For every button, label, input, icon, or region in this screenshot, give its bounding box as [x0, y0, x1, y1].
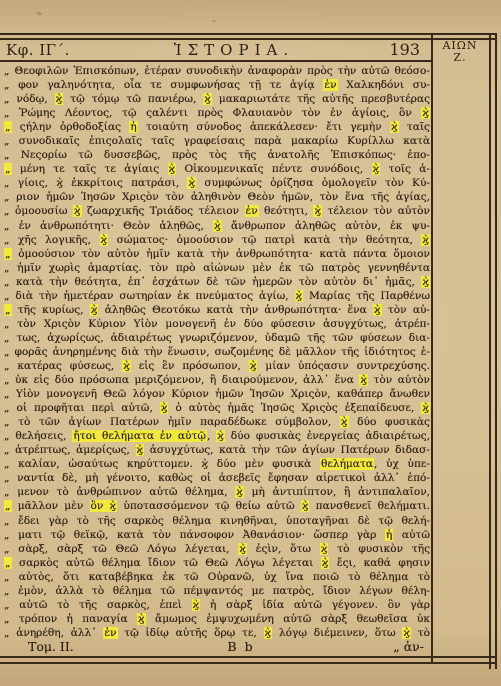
- text-line: „ νόδῳ, ϗ̀ τῷ τόμῳ τῶ πανιέρω, ϗ̀ μακαρι…: [4, 92, 430, 106]
- signature-mark: B b: [178, 639, 304, 654]
- highlight: ϗ̀: [340, 416, 349, 428]
- text-line: „ ἐν ἀνθρωπότητι· Θεὸν ἀληθῶς, ϗ̀ ἄνθρωπ…: [4, 219, 430, 233]
- highlight: ϗ̀: [122, 360, 131, 372]
- highlight: ϗ̀: [320, 543, 329, 555]
- highlight: ϗ̀: [301, 500, 310, 512]
- highlight: ἐν: [245, 205, 259, 217]
- highlight: ϗ̀: [136, 444, 145, 456]
- text-line: „ φον γαληνότητα, οἷα τε συμφωνήσας τῇ τ…: [4, 78, 430, 92]
- text-line: „ Ῥώμης Λέοντος, τῷ ςαλέντι πρὸς Φλαυιαν…: [4, 106, 430, 120]
- highlight: ϗ̀: [373, 304, 382, 316]
- header-underline: [0, 60, 432, 62]
- highlight: ϗ̀: [372, 163, 381, 175]
- highlight: ϗ̀: [187, 177, 196, 189]
- highlight: ϗ̀: [73, 205, 82, 217]
- highlight: ϗ̀: [390, 121, 399, 133]
- text-line: „ χῆς λογικῆς, ϗ̀ σώματος· ὁμοούσιον τῷ …: [4, 233, 430, 247]
- text-line: „ κατέρας φύσεως, ϗ̀ εἰς ἓν πρόσωπον, ϗ̀…: [4, 359, 430, 373]
- text-line: „ τως, ἀχωρίςως, ἀδιαιρέτως γνωριζόμενον…: [4, 331, 430, 345]
- text-line: „ τῆς κυρίως, ϗ̀ ἀληθῶς Θεοτόκω κατὰ τὴν…: [4, 303, 430, 317]
- page-title: ἹΣΤΟΡΙΑ.: [126, 41, 342, 59]
- highlight: ϗ̀: [192, 599, 201, 611]
- highlight: ϗ̀: [402, 627, 411, 639]
- highlight: ϗ̀: [90, 304, 99, 316]
- highlight: ϗ̀: [160, 402, 169, 414]
- text-line: „ αὐτὸς, ὅτι καταβέβηκα ἐκ τῶ Οὐρανῶ, ὐχ…: [4, 570, 430, 584]
- highlight: „: [4, 163, 12, 175]
- highlight: ϗ̀: [421, 107, 430, 119]
- volume-label: Τομ. II.: [4, 639, 178, 654]
- page-header: Κφ. ΙΓ΄. ἹΣΤΟΡΙΑ. 193: [0, 39, 432, 60]
- highlight: „: [4, 500, 12, 512]
- text-line: „ διὰ τὴν ἡμετέραν σωτηρίαν ἐκ πνεύματος…: [4, 289, 430, 303]
- text-line: „ Υἱὸν μονογενῆ Θεῶ λόγον Κύριον ἡμῶν Ἰη…: [4, 387, 430, 401]
- highlight: ϗ̀: [137, 613, 146, 625]
- text-line: „ σὰρξ, σὰρξ τῶ Θεῶ Λόγω λέγεται, ϗ̀ ἐςὶ…: [4, 542, 430, 556]
- highlight: ἐν: [103, 627, 117, 639]
- highlight: ϗ̀: [421, 402, 430, 414]
- highlight: ἡ: [129, 121, 137, 133]
- bottom-rule-outer: [0, 662, 497, 664]
- highlight: ϗ̀: [216, 430, 225, 442]
- highlight: ϗ̀: [359, 374, 368, 386]
- catchword: „ ἀν-: [304, 639, 430, 654]
- highlight: ἐν: [323, 79, 337, 91]
- text-line: „ σαρκὸς αὐτῶ θέλημα ἴδιον τῶ Θεῶ Λόγω λ…: [4, 556, 430, 570]
- text-line: „ ἡμῖν χωρὶς ἁμαρτίας. τὸν πρὸ αἰώνων μὲ…: [4, 261, 430, 275]
- text-line: „ οἱ προφῆται περὶ αὐτῶ, ϗ̀ ὁ αὐτὸς ἡμᾶς…: [4, 401, 430, 415]
- page-footer: Τομ. II. B b „ ἀν-: [4, 639, 430, 654]
- highlight: ϗ̀: [313, 205, 322, 217]
- highlight: ϗ̀: [249, 360, 258, 372]
- text-line: „ γίοις, ϗ̀ ἐκκρίτοις πατράσι, ϗ̀ συμφών…: [4, 176, 430, 190]
- text-line: „ κατὰ τὴν θεότητα, ἐπ᾽ ἐσχάτων δὲ τῶν ἡ…: [4, 275, 430, 289]
- text-line: „ μενον τὸ ἀνθρώπινον αὐτῶ θέλημα, ϗ̀ μὴ…: [4, 485, 430, 499]
- text-line: „ μένη τε ταῖς τε ἁγίαις ϗ̀ Οἰκουμενικαῖ…: [4, 162, 430, 176]
- highlight: ϗ̀: [238, 543, 247, 555]
- highlight: ϗ̀: [264, 627, 273, 639]
- text-line: „ ὐκ εἰς δύο πρόσωπα μεριζόμενον, ἢ διαι…: [4, 373, 430, 387]
- text-line: „ συνοδικαῖς ἐπιςολαῖς ταῖς γραφείσαις π…: [4, 134, 430, 148]
- highlight: „: [4, 304, 12, 316]
- era-numeral: Ζ.: [433, 52, 487, 64]
- highlight: ϗ̀: [295, 290, 304, 302]
- highlight: „: [4, 248, 12, 260]
- text-line: „ ὁμοουσίω ϗ̀ ζωαρχικῆς Τριάδος τέλειον …: [4, 204, 430, 218]
- text-line: „ ἔδει γὰρ τὸ τῆς σαρκὸς θέλημα κινηθῆνα…: [4, 514, 430, 528]
- text-line: „ ςήλην ὀρθοδοξίας ἡ τοιαύτη σύνοδος ἀπε…: [4, 120, 430, 134]
- highlight: ἡ: [385, 529, 393, 541]
- chapter-label: Κφ. ΙΓ΄.: [0, 41, 126, 59]
- text-line: „ ὁμοούσιον τὸν αὐτὸν ἡμῖν κατὰ τὴν ἀνθρ…: [4, 247, 430, 261]
- top-rule-outer: [0, 33, 497, 35]
- text-line: „ ἀνηρέθη, ἀλλ᾽ ἐν τῷ ἰδίῳ αὐτῆς ὅρῳ τε,…: [4, 626, 430, 640]
- text-line: „ τὸ τῶν ἁγίων Πατέρων ἡμῖν παραδέδωκε σ…: [4, 415, 430, 429]
- text-line: „ ριον ἡμῶν Ἰησῶν Χριςὸν τὸν ἀληθινὸν Θε…: [4, 190, 430, 204]
- margin-era-note: ΑΪΩΝ Ζ.: [433, 40, 487, 64]
- page-number: 193: [342, 40, 432, 59]
- text-line: „ καλίαν, ὡσαύτως κηρύττομεν. ϗ̀ δύο μὲν…: [4, 457, 430, 471]
- highlight: ϗ̀: [321, 557, 330, 569]
- text-line: „ τὸν Χριςὸν Κύριον Υἱὸν μονογενῆ ἐν δύο…: [4, 317, 430, 331]
- text-line: „ ἀτρέπτως, ἀμερίςως, ϗ̀ ἀσυγχύτως, κατὰ…: [4, 443, 430, 457]
- right-rule-inner: [489, 33, 491, 669]
- text-line: „ μᾶλλον μὲν ὂν ϗ̀ ὑποτασσόμενον τῷ θείω…: [4, 499, 430, 513]
- highlight: ϗ̀: [421, 276, 430, 288]
- text-line: „ θελήσεις, ἤτοι θελήματα ἐν αὐτῷ, ϗ̀ δύ…: [4, 429, 430, 443]
- highlight: „: [4, 557, 12, 569]
- right-rule-outer: [495, 33, 497, 669]
- highlight: ϗ̀: [100, 234, 109, 246]
- highlight: ϗ̀: [168, 163, 177, 175]
- highlight: θελήματα: [320, 458, 374, 470]
- margin-divider-rule: [431, 33, 433, 663]
- text-line: „ Θεοφιλῶν Ἐπισκόπων, ἑτέραν συνοδικὴν ἀ…: [4, 64, 430, 78]
- highlight: ϗ̀: [203, 93, 212, 105]
- text-line: „ ματι τῷ θεϊκῷ, κατὰ τὸν πάνσοφον Ἀθανά…: [4, 528, 430, 542]
- text-line: „ Νεςορίω τῶ δυσσεβῶς, πρὸς τὸς τῆς ἀνατ…: [4, 148, 430, 162]
- highlight: ϗ̀: [235, 486, 244, 498]
- highlight: ϗ̀: [421, 234, 430, 246]
- text-line: „ ἐμὸν, ἀλλὰ τὸ θέλημα τῶ πέμψαντός με π…: [4, 584, 430, 598]
- scanned-book-page: { "page": { "header": { "chapter": "Κφ. …: [0, 0, 501, 686]
- highlight: ϗ̀: [213, 220, 222, 232]
- text-line: „ αὐτῶ τὸ τῆς σαρκὸς, ἐπεὶ ϗ̀ ἡ σὰρξ ἰδί…: [4, 598, 430, 612]
- paper-speck: [212, 20, 216, 22]
- text-line: „ φορᾶς ἀνηρημένης διὰ τὴν ἕνωσιν, σωζομ…: [4, 345, 430, 359]
- highlight: ϗ̀: [55, 93, 64, 105]
- text-line: „ τρόπον ἡ παναγία ϗ̀ ἄμωμος ἐμψυχωμένη …: [4, 612, 430, 626]
- highlight: „: [4, 121, 12, 133]
- highlight: ἤτοι θελήματα ἐν αὐτῷ: [72, 430, 207, 442]
- highlight: ὂν ϗ̀: [90, 500, 118, 512]
- body-lines: „ Θεοφιλῶν Ἐπισκόπων, ἑτέραν συνοδικὴν ἀ…: [4, 64, 430, 640]
- paper-speck: [36, 11, 43, 16]
- bottom-rule-inner: [0, 656, 497, 658]
- text-line: „ ναντία δὲ, μὴ γένοιτο, καθὼς οἱ ἀσεβεῖ…: [4, 471, 430, 485]
